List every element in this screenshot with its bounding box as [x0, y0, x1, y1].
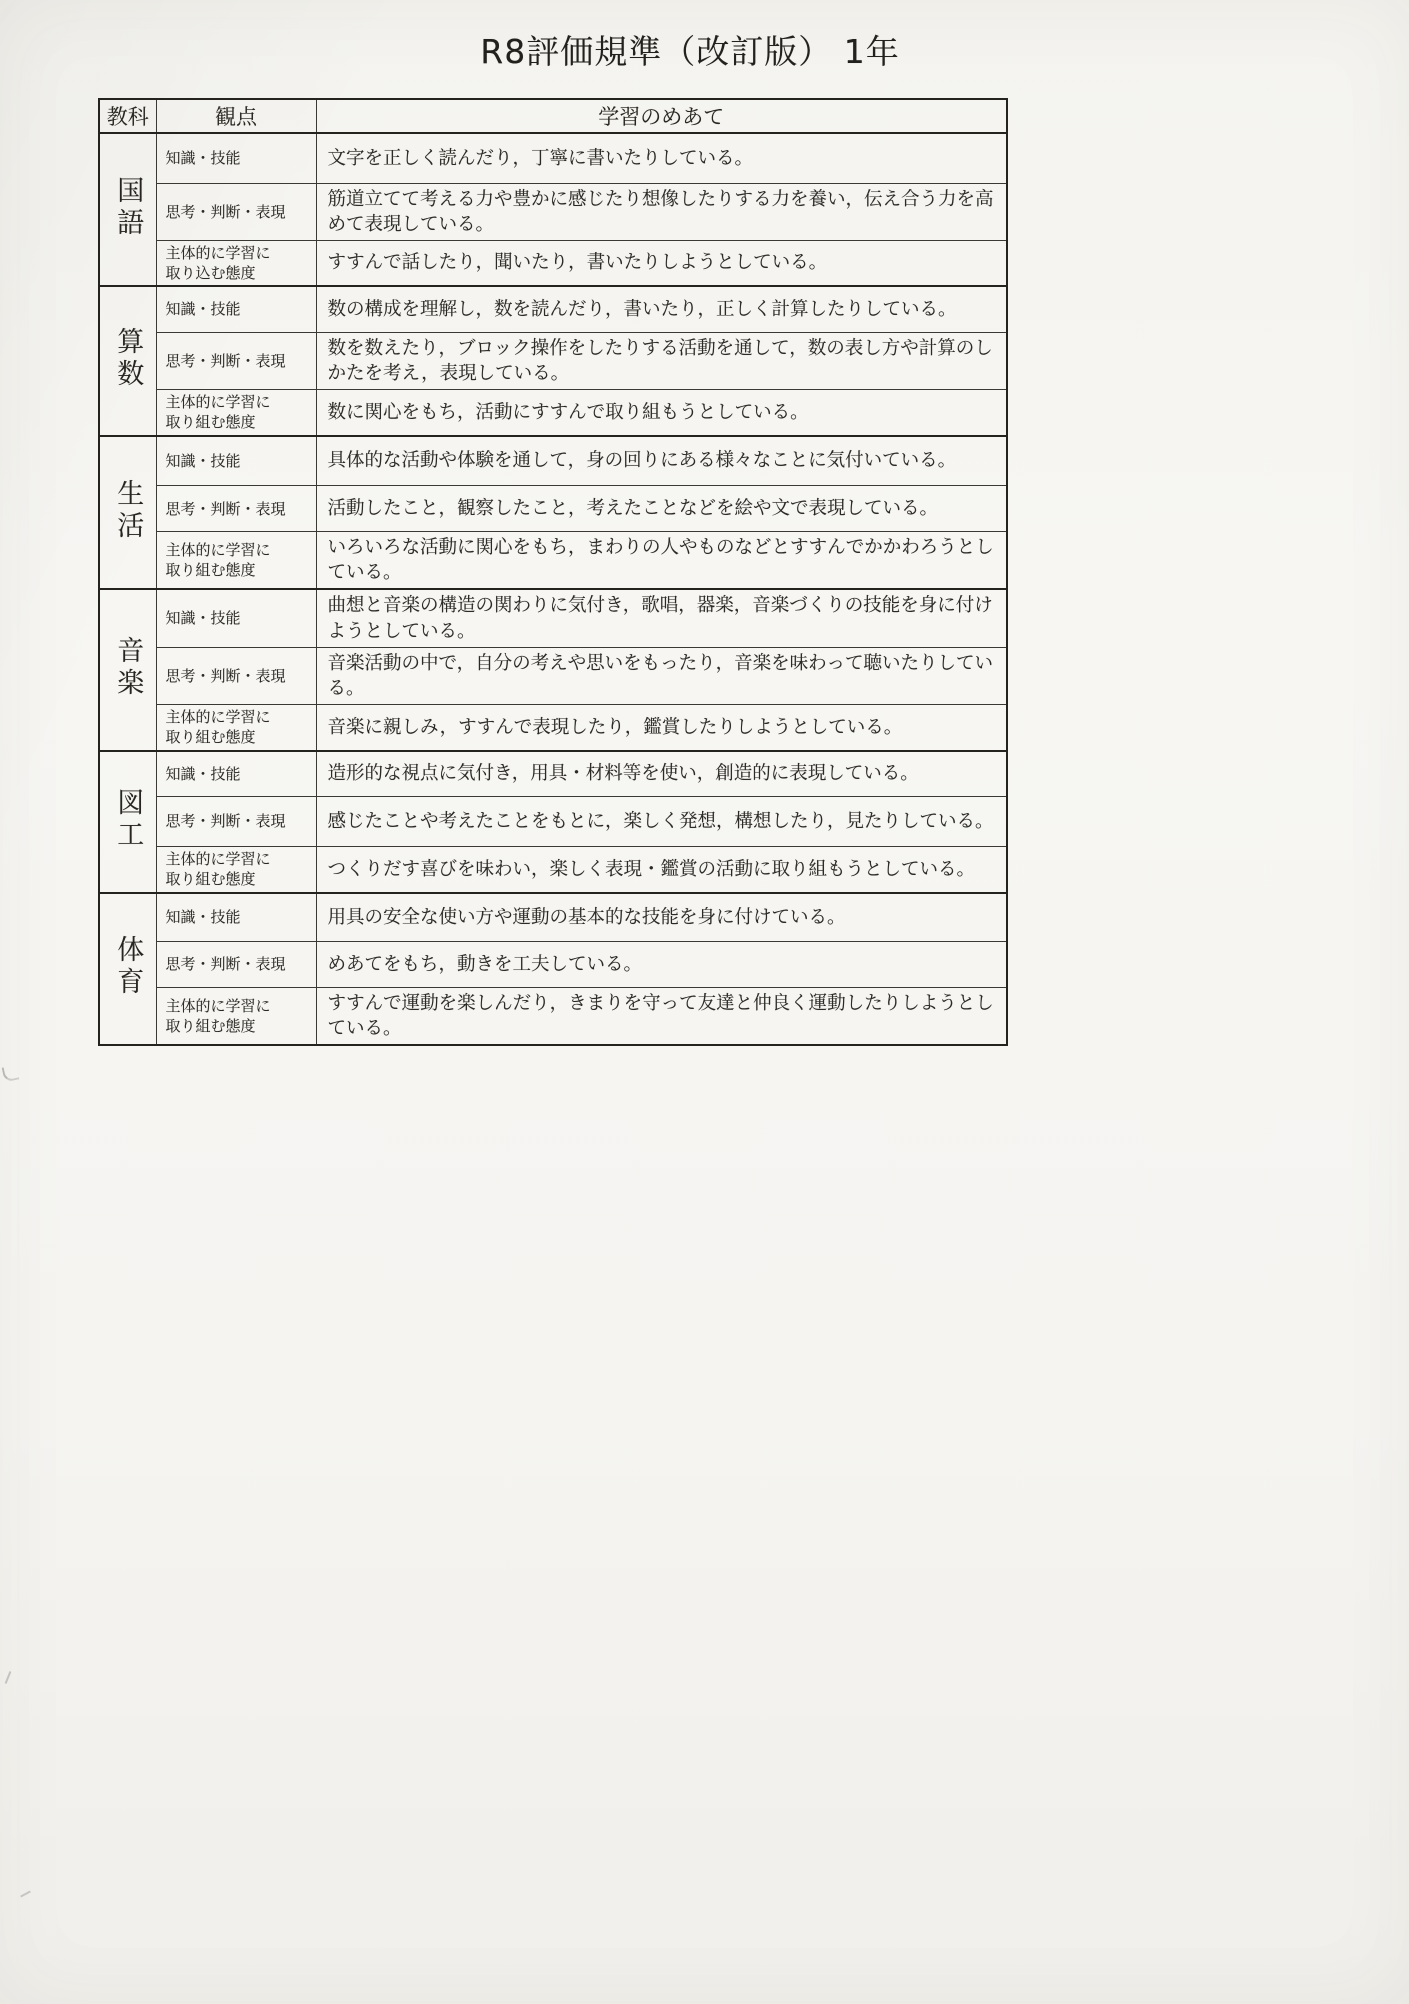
viewpoint-cell: 思考・判断・表現: [156, 942, 316, 988]
viewpoint-cell: 主体的に学習に 取り組む態度: [156, 532, 316, 590]
table-row: 主体的に学習に 取り組む態度 いろいろな活動に関心をもち，まわりの人やものなどと…: [99, 532, 1007, 590]
table-row: 思考・判断・表現 感じたことや考えたことをもとに，楽しく発想，構想したり，見たり…: [99, 797, 1007, 847]
subject-name: 音楽: [108, 636, 147, 700]
table-row: 思考・判断・表現 活動したこと，観察したこと，考えたことなどを絵や文で表現してい…: [99, 486, 1007, 532]
table-row: 主体的に学習に 取り込む態度 すすんで話したり，聞いたり，書いたりしようとしてい…: [99, 240, 1007, 286]
viewpoint-cell: 思考・判断・表現: [156, 797, 316, 847]
viewpoint-cell: 知識・技能: [156, 893, 316, 942]
viewpoint-cell: 知識・技能: [156, 436, 316, 486]
table-row: 主体的に学習に 取り組む態度 すすんで運動を楽しんだり，きまりを守って友達と仲良…: [99, 988, 1007, 1046]
table-row: 音楽 知識・技能 曲想と音楽の構造の関わりに気付き，歌唱，器楽，音楽づくりの技能…: [99, 589, 1007, 647]
viewpoint-cell: 主体的に学習に 取り組む態度: [156, 390, 316, 436]
table-row: 主体的に学習に 取り組む態度 数に関心をもち，活動にすすんで取り組もうとしている…: [99, 390, 1007, 436]
table-row: 図工 知識・技能 造形的な視点に気付き，用具・材料等を使い，創造的に表現している…: [99, 751, 1007, 797]
section-taiiku: 体育 知識・技能 用具の安全な使い方や運動の基本的な技能を身に付けている。 思考…: [99, 893, 1007, 1046]
viewpoint-cell: 知識・技能: [156, 589, 316, 647]
scan-pencil-mark: [2, 1065, 20, 1083]
subject-name: 体育: [108, 935, 147, 999]
subject-cell: 国語: [99, 133, 156, 286]
subject-name: 算数: [108, 327, 147, 391]
table-row: 思考・判断・表現 筋道立てて考える力や豊かに感じたり想像したりする力を養い，伝え…: [99, 183, 1007, 240]
goal-cell: 用具の安全な使い方や運動の基本的な技能を身に付けている。: [316, 893, 1007, 942]
table-row: 体育 知識・技能 用具の安全な使い方や運動の基本的な技能を身に付けている。: [99, 893, 1007, 942]
table-row: 主体的に学習に 取り組む態度 音楽に親しみ，すすんで表現したり，鑑賞したりしよう…: [99, 705, 1007, 751]
subject-name: 図工: [108, 788, 147, 852]
goal-cell: すすんで運動を楽しんだり，きまりを守って友達と仲良く運動したりしようとしている。: [316, 988, 1007, 1046]
table-row: 思考・判断・表現 音楽活動の中で，自分の考えや思いをもったり，音楽を味わって聴い…: [99, 647, 1007, 704]
subject-cell: 体育: [99, 893, 156, 1046]
goal-cell: 具体的な活動や体験を通して，身の回りにある様々なことに気付いている。: [316, 436, 1007, 486]
subject-cell: 音楽: [99, 589, 156, 750]
goal-cell: 造形的な視点に気付き，用具・材料等を使い，創造的に表現している。: [316, 751, 1007, 797]
header-viewpoint-cell: 観点: [156, 99, 316, 133]
document-title: R8評価規準（改訂版） 1年: [0, 26, 1380, 73]
section-sansuu: 算数 知識・技能 数の構成を理解し，数を読んだり，書いたり，正しく計算したりして…: [99, 286, 1007, 435]
table-header-row: 教科 観点 学習のめあて: [99, 99, 1007, 133]
viewpoint-cell: 知識・技能: [156, 286, 316, 332]
section-zukou: 図工 知識・技能 造形的な視点に気付き，用具・材料等を使い，創造的に表現している…: [99, 751, 1007, 893]
subject-cell: 図工: [99, 751, 156, 893]
scan-pencil-mark: [20, 1891, 31, 1898]
goal-cell: 数に関心をもち，活動にすすんで取り組もうとしている。: [316, 390, 1007, 436]
subject-name: 生活: [108, 479, 147, 543]
section-seikatsu: 生活 知識・技能 具体的な活動や体験を通して，身の回りにある様々なことに気付いて…: [99, 436, 1007, 590]
goal-cell: つくりだす喜びを味わい，楽しく表現・鑑賞の活動に取り組もうとしている。: [316, 847, 1007, 893]
goal-cell: いろいろな活動に関心をもち，まわりの人やものなどとすすんでかかわろうとしている。: [316, 532, 1007, 590]
scan-pencil-mark: [5, 1671, 12, 1684]
viewpoint-cell: 思考・判断・表現: [156, 486, 316, 532]
goal-cell: 音楽活動の中で，自分の考えや思いをもったり，音楽を味わって聴いたりしている。: [316, 647, 1007, 704]
viewpoint-cell: 主体的に学習に 取り組む態度: [156, 705, 316, 751]
header-subject-cell: 教科: [99, 99, 156, 133]
table-row: 思考・判断・表現 めあてをもち，動きを工夫している。: [99, 942, 1007, 988]
goal-cell: 筋道立てて考える力や豊かに感じたり想像したりする力を養い，伝え合う力を高めて表現…: [316, 183, 1007, 240]
table-row: 主体的に学習に 取り組む態度 つくりだす喜びを味わい，楽しく表現・鑑賞の活動に取…: [99, 847, 1007, 893]
subject-cell: 算数: [99, 286, 156, 435]
goal-cell: 音楽に親しみ，すすんで表現したり，鑑賞したりしようとしている。: [316, 705, 1007, 751]
viewpoint-cell: 思考・判断・表現: [156, 183, 316, 240]
viewpoint-cell: 主体的に学習に 取り組む態度: [156, 847, 316, 893]
table-row: 生活 知識・技能 具体的な活動や体験を通して，身の回りにある様々なことに気付いて…: [99, 436, 1007, 486]
table-row: 思考・判断・表現 数を数えたり，ブロック操作をしたりする活動を通して，数の表し方…: [99, 332, 1007, 389]
viewpoint-cell: 思考・判断・表現: [156, 332, 316, 389]
subject-name: 国語: [108, 176, 147, 240]
rubric-table: 教科 観点 学習のめあて 国語 知識・技能 文字を正しく読んだり，丁寧に書いたり…: [98, 98, 1008, 1046]
scanned-document-page: R8評価規準（改訂版） 1年 教科 観点 学習のめあて 国語 知識・技能 文字を…: [0, 0, 1409, 2004]
subject-cell: 生活: [99, 436, 156, 590]
table-row: 国語 知識・技能 文字を正しく読んだり，丁寧に書いたりしている。: [99, 133, 1007, 183]
viewpoint-cell: 思考・判断・表現: [156, 647, 316, 704]
table-row: 算数 知識・技能 数の構成を理解し，数を読んだり，書いたり，正しく計算したりして…: [99, 286, 1007, 332]
viewpoint-cell: 知識・技能: [156, 133, 316, 183]
viewpoint-cell: 主体的に学習に 取り込む態度: [156, 240, 316, 286]
goal-cell: 曲想と音楽の構造の関わりに気付き，歌唱，器楽，音楽づくりの技能を身に付けようとし…: [316, 589, 1007, 647]
goal-cell: 感じたことや考えたことをもとに，楽しく発想，構想したり，見たりしている。: [316, 797, 1007, 847]
goal-cell: 数の構成を理解し，数を読んだり，書いたり，正しく計算したりしている。: [316, 286, 1007, 332]
header-goal-cell: 学習のめあて: [316, 99, 1007, 133]
goal-cell: 数を数えたり，ブロック操作をしたりする活動を通して，数の表し方や計算のしかたを考…: [316, 332, 1007, 389]
viewpoint-cell: 主体的に学習に 取り組む態度: [156, 988, 316, 1046]
section-ongaku: 音楽 知識・技能 曲想と音楽の構造の関わりに気付き，歌唱，器楽，音楽づくりの技能…: [99, 589, 1007, 750]
goal-cell: 活動したこと，観察したこと，考えたことなどを絵や文で表現している。: [316, 486, 1007, 532]
goal-cell: めあてをもち，動きを工夫している。: [316, 942, 1007, 988]
section-kokugo: 国語 知識・技能 文字を正しく読んだり，丁寧に書いたりしている。 思考・判断・表…: [99, 133, 1007, 286]
goal-cell: 文字を正しく読んだり，丁寧に書いたりしている。: [316, 133, 1007, 183]
viewpoint-cell: 知識・技能: [156, 751, 316, 797]
goal-cell: すすんで話したり，聞いたり，書いたりしようとしている。: [316, 240, 1007, 286]
